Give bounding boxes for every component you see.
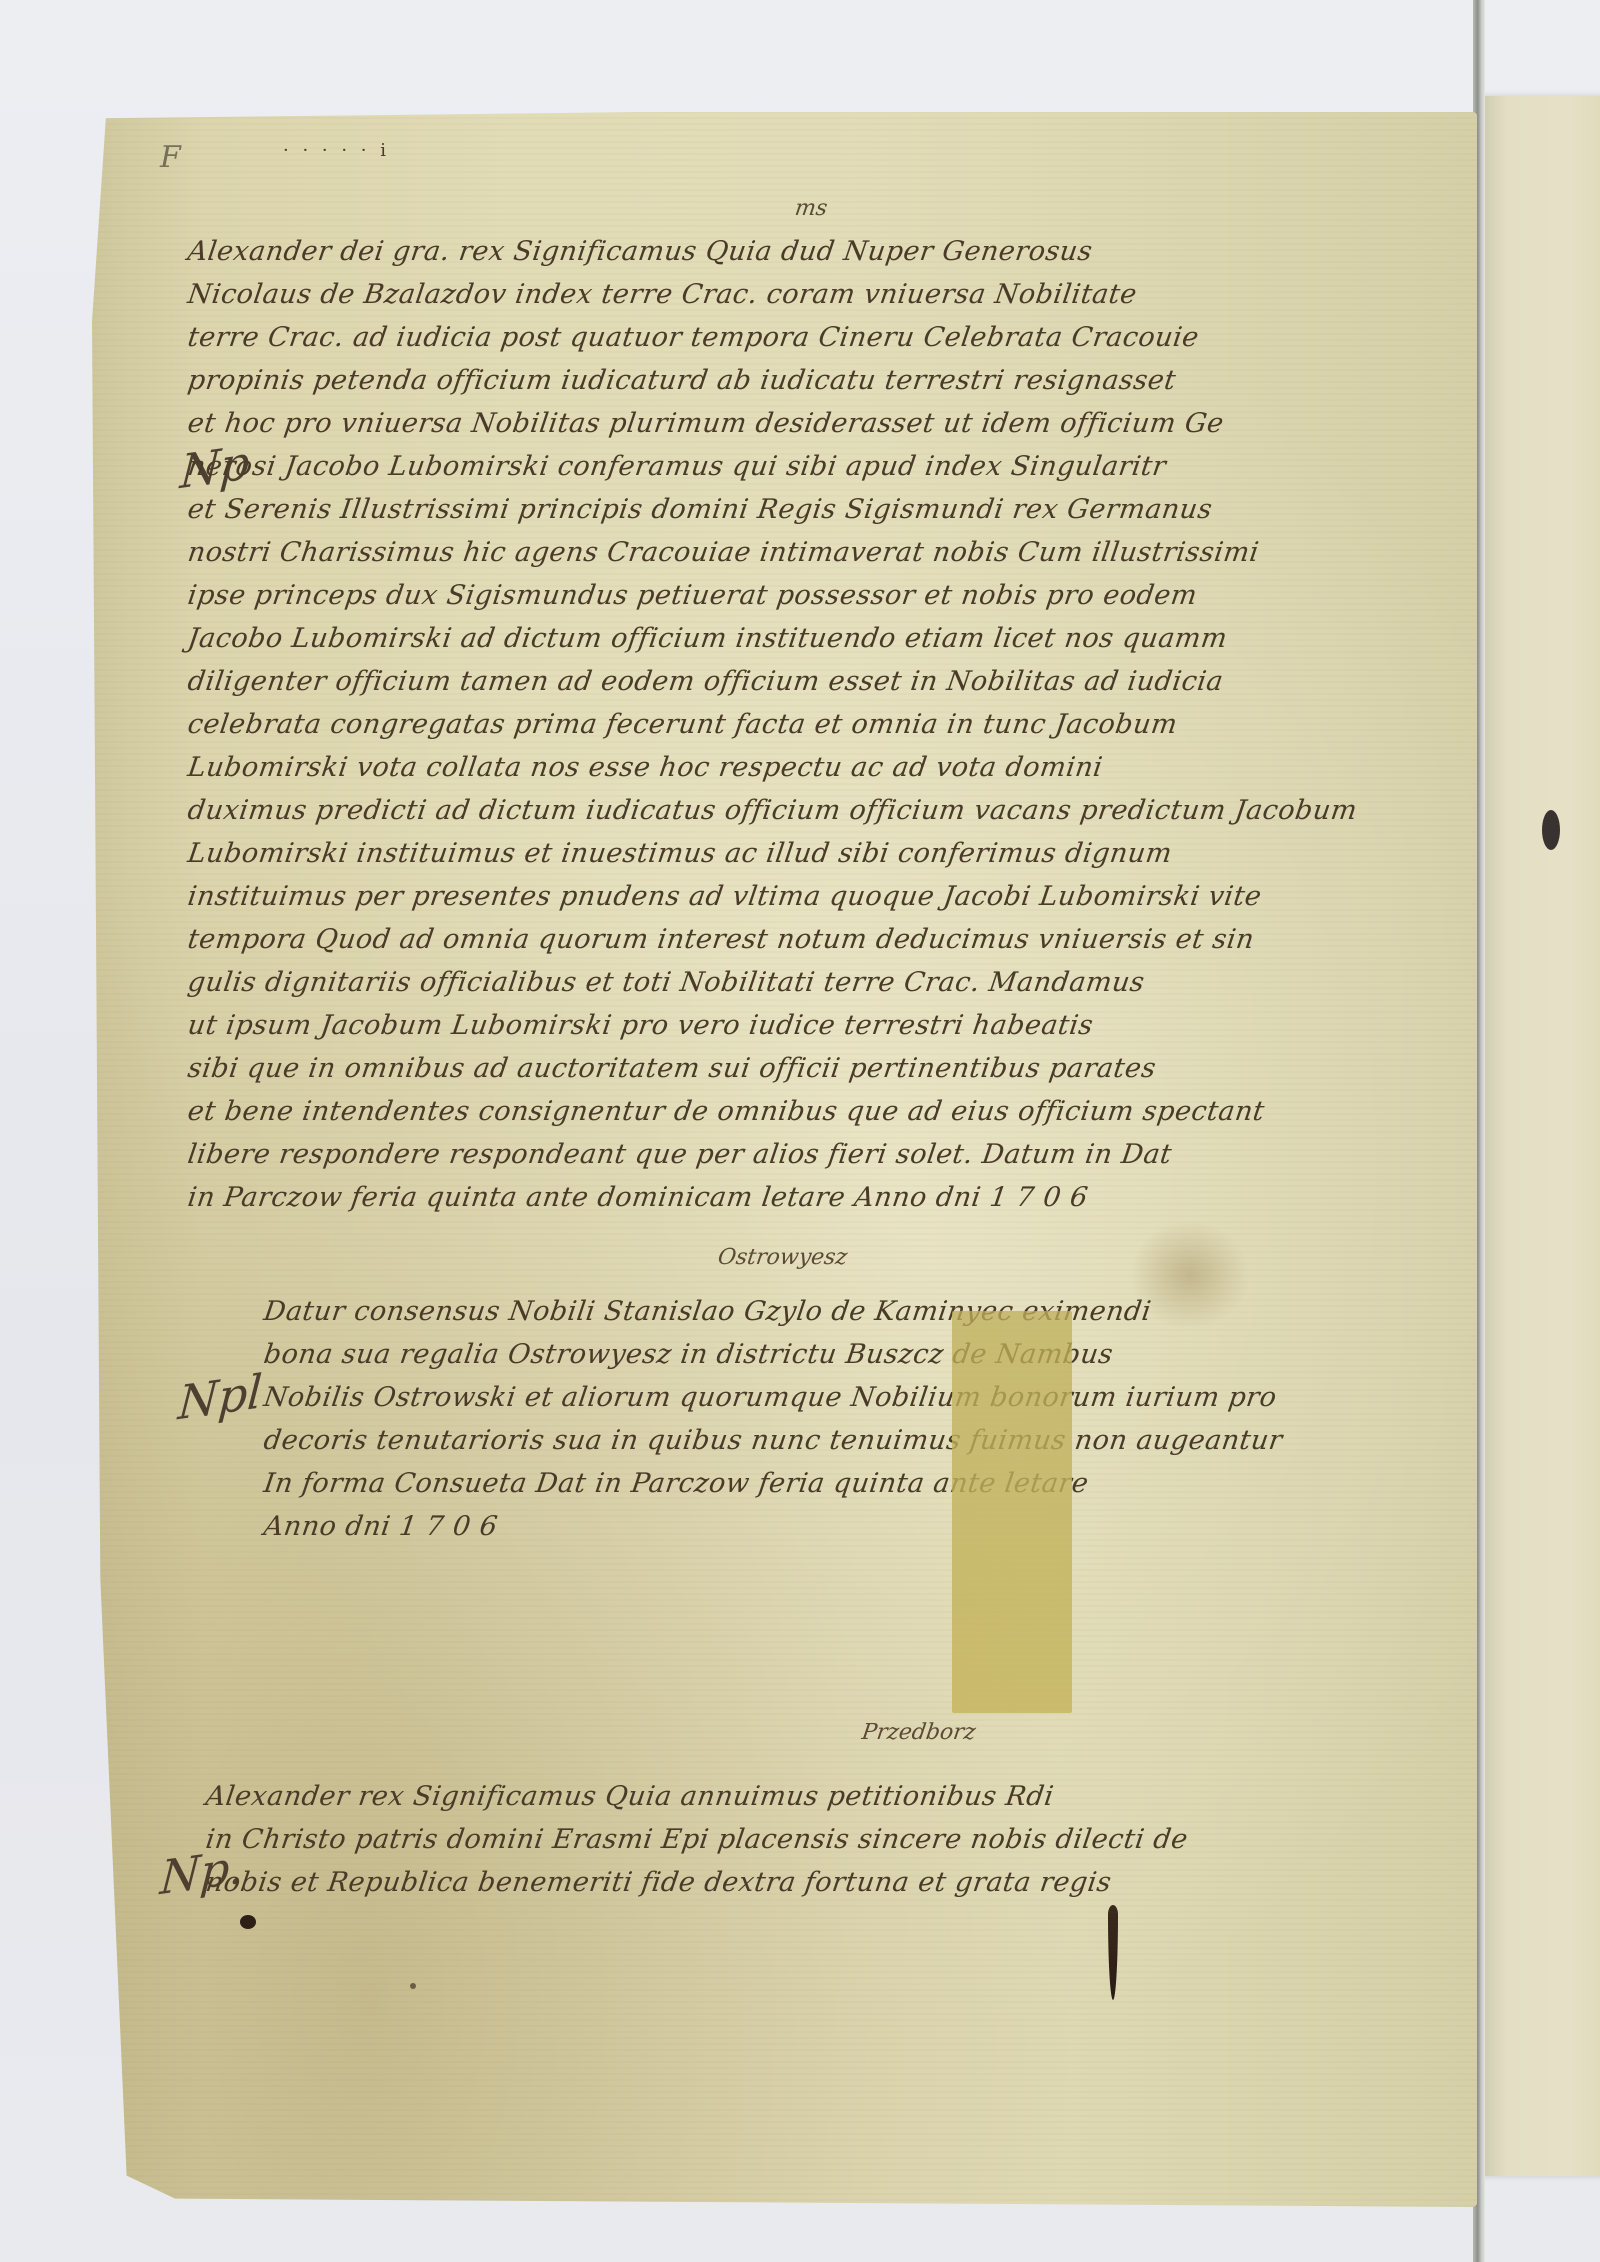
text-line: celebrata congregatas prima fecerunt fac… — [185, 703, 1311, 746]
text-line: ipse princeps dux Sigismundus petiuerat … — [185, 574, 1311, 617]
text-line: diligenter officium tamen ad eodem offic… — [185, 660, 1311, 703]
text-line: ut ipsum Jacobum Lubomirski pro vero iud… — [185, 1004, 1311, 1047]
entry-3-text: Alexander rex Significamus Quia annuimus… — [206, 1775, 1266, 1904]
text-line: instituimus per presentes pnudens ad vlt… — [185, 875, 1311, 918]
entry-2-text: Datur consensus Nobili Stanislao Gzylo d… — [264, 1290, 1264, 1548]
text-line: decoris tenutarioris sua in quibus nunc … — [261, 1419, 1267, 1462]
text-line: nerosi Jacobo Lubomirski conferamus qui … — [185, 445, 1311, 488]
text-line: tempora Quod ad omnia quorum interest no… — [185, 918, 1311, 961]
text-line: duximus predicti ad dictum iudicatus off… — [185, 789, 1311, 832]
text-line: propinis petenda officium iudicaturd ab … — [185, 359, 1311, 402]
text-line: Alexander rex Significamus Quia annuimus… — [203, 1775, 1269, 1818]
text-line: Nicolaus de Bzalazdov index terre Crac. … — [185, 273, 1311, 316]
text-line: et hoc pro vniuersa Nobilitas plurimum d… — [185, 402, 1311, 445]
text-line: Jacobo Lubomirski ad dictum officium ins… — [185, 617, 1311, 660]
text-line: Anno dni 1 7 0 6 — [261, 1505, 1267, 1548]
text-line: Lubomirski vota collata nos esse hoc res… — [185, 746, 1311, 789]
ink-blot — [240, 1915, 256, 1929]
folio-marker: F — [160, 140, 181, 175]
text-line: nostri Charissimus hic agens Cracouiae i… — [185, 531, 1311, 574]
adjacent-page-edge — [1482, 96, 1600, 2176]
text-line: et bene intendentes consignentur de omni… — [185, 1090, 1311, 1133]
text-line: gulis dignitariis officialibus et toti N… — [185, 961, 1311, 1004]
text-line: In forma Consueta Dat in Parczow feria q… — [261, 1462, 1267, 1505]
ink-spot-adjacent-page — [1542, 810, 1560, 850]
repair-tape-strip — [952, 1311, 1072, 1713]
text-line: Alexander dei gra. rex Significamus Quia… — [185, 230, 1311, 273]
text-line: et Serenis Illustrissimi principis domin… — [185, 488, 1311, 531]
text-line: Nobilis Ostrowski et aliorum quorumque N… — [261, 1376, 1267, 1419]
text-line: Lubomirski instituimus et inuestimus ac … — [185, 832, 1311, 875]
text-line: sibi que in omnibus ad auctoritatem sui … — [185, 1047, 1311, 1090]
text-line: Datur consensus Nobili Stanislao Gzylo d… — [261, 1290, 1267, 1333]
text-line: bona sua regalia Ostrowyesz in districtu… — [261, 1333, 1267, 1376]
ink-speck — [410, 1983, 416, 1989]
entry-2-heading: Ostrowyesz — [716, 1245, 849, 1270]
entry-1-text: Alexander dei gra. rex Significamus Quia… — [188, 230, 1308, 1219]
top-annotation: · · · · · i — [283, 140, 390, 161]
text-line: in Christo patris domini Erasmi Epi plac… — [203, 1818, 1269, 1861]
text-line: nobis et Republica benemeriti fide dextr… — [203, 1861, 1269, 1904]
text-line: terre Crac. ad iudicia post quatuor temp… — [185, 316, 1311, 359]
text-line: libere respondere respondeant que per al… — [185, 1133, 1311, 1176]
text-line: in Parczow feria quinta ante dominicam l… — [185, 1176, 1311, 1219]
entry-3-heading: Przedborz — [860, 1720, 977, 1745]
entry-1-heading: ms — [793, 196, 829, 221]
